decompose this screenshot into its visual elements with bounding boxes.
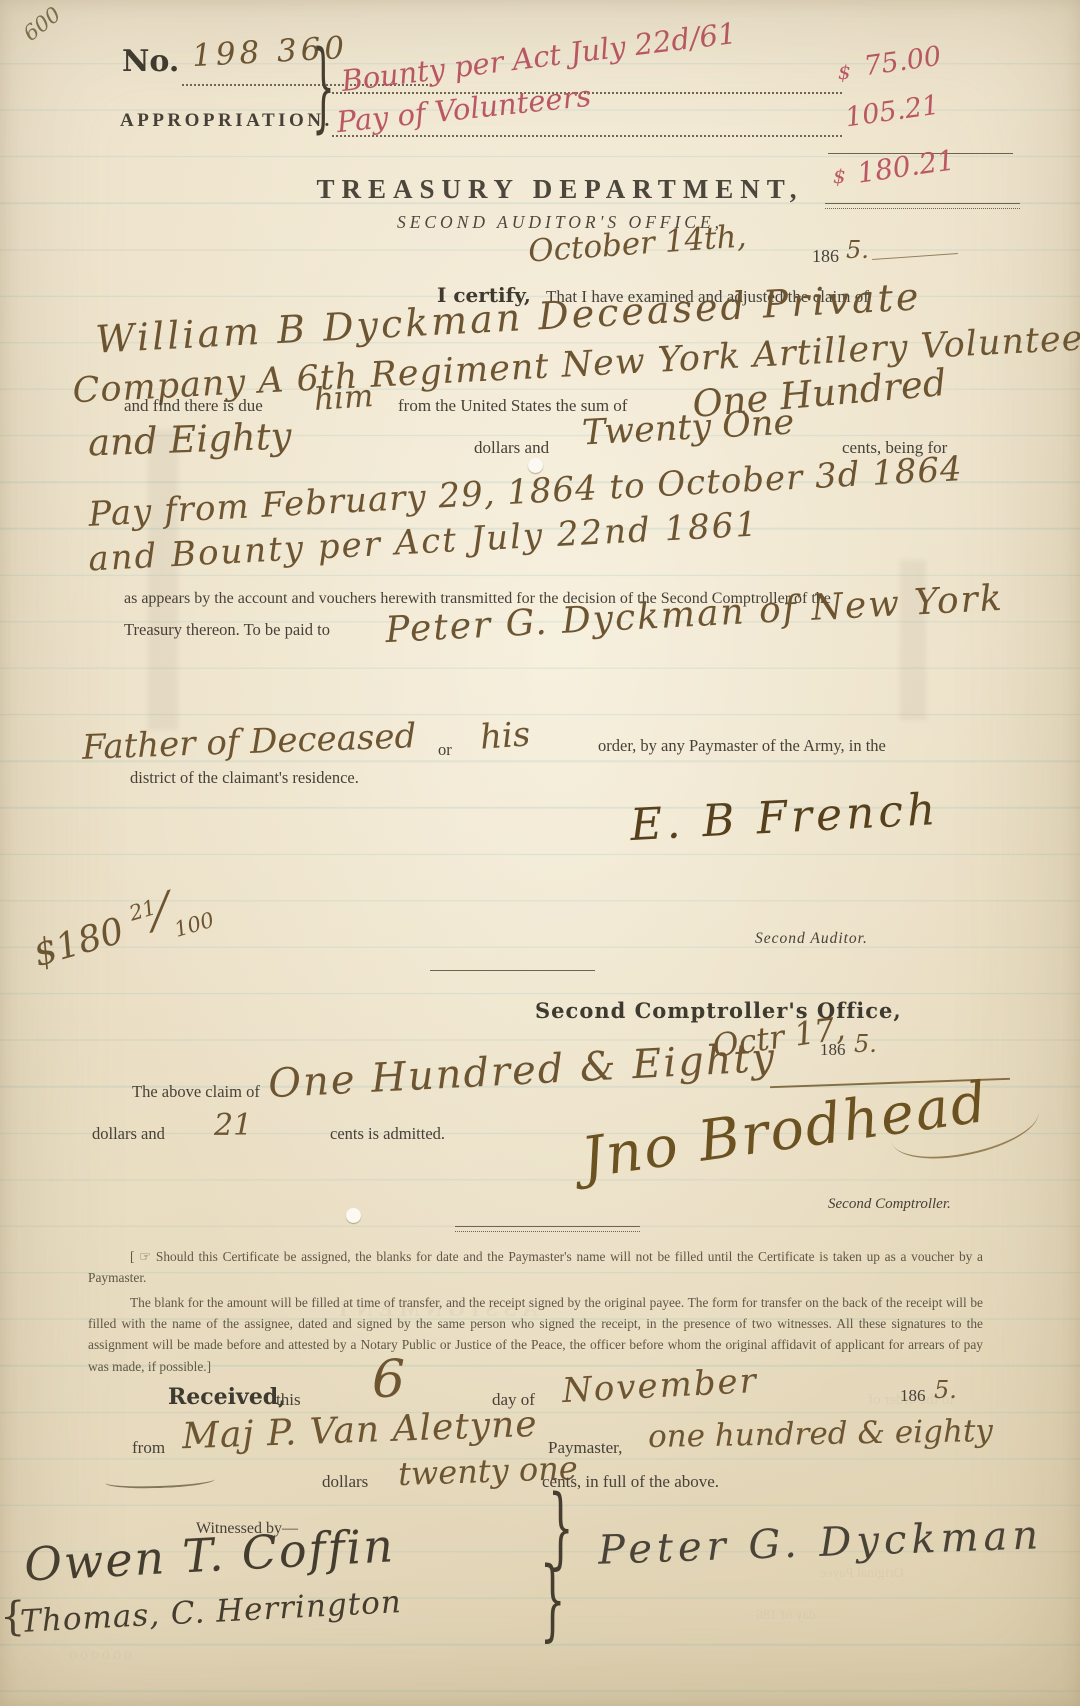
receipt-amount-words: one hundred & eighty [648, 1413, 993, 1455]
verso-show-through-band [148, 430, 178, 730]
paymaster-name-handwritten: Maj P. Van Aletyne [181, 1404, 538, 1457]
department-title: TREASURY DEPARTMENT, [120, 174, 1000, 205]
received-day-value: 6 [372, 1350, 405, 1410]
second-auditor-signature: E. B French [629, 784, 941, 851]
second-comptroller-title: Second Comptroller. [828, 1196, 951, 1213]
order-text: order, by any Paymaster of the Army, in … [598, 736, 886, 756]
fine-print-paragraph-1: [ ☞ Should this Certificate be assigned,… [88, 1246, 983, 1288]
fine-print-paragraph-2: The blank for the amount will be filled … [88, 1292, 983, 1377]
section-divider [430, 970, 595, 971]
comptroller-year-printed: 186 [820, 1040, 846, 1060]
admitted-text: cents is admitted. [330, 1124, 445, 1144]
auditor-year-suffix: 5. [846, 236, 869, 264]
district-text: district of the claimant's residence. [130, 768, 359, 788]
fine-print-divider [455, 1226, 640, 1232]
comptroller-cents-value: 21 [214, 1108, 252, 1143]
dollars-and-label: dollars and [474, 438, 549, 458]
or-label: or [438, 740, 452, 760]
margin-amount-dollars: $180 [29, 910, 128, 975]
comptroller-office-heading: Second Comptroller's Office, [535, 998, 902, 1023]
claim-prefix: The above claim of [132, 1082, 260, 1102]
number-label: No. [122, 44, 179, 79]
due-pronoun: him [313, 378, 375, 418]
comptroller-dollars-and: dollars and [92, 1124, 165, 1144]
received-this-label: this [276, 1390, 301, 1410]
treasury-line: Treasury thereon. To be paid to [124, 620, 330, 640]
his-handwritten: his [479, 714, 532, 757]
office-subtitle: SECOND AUDITOR'S OFFICE, [120, 212, 1000, 233]
dollar-sign-1: $ [838, 60, 851, 84]
corner-pencil-note: 600 [19, 2, 65, 46]
punch-hole [528, 458, 543, 473]
punch-hole [346, 1208, 361, 1223]
verso-order-of-text: to the order of [868, 1392, 953, 1409]
appropriation-amount-1: 75.00 [862, 41, 943, 82]
received-label: Received, [168, 1384, 286, 1410]
verso-stamp-row: oooooo [66, 1646, 132, 1664]
appropriation-dotted-line-2 [332, 135, 842, 137]
open-bracket: [ [130, 1249, 134, 1264]
witness-signature-1: Owen T. Coffin [23, 1518, 396, 1591]
auditor-year-printed: 186 [812, 246, 839, 267]
appropriation-brace: } [312, 33, 335, 144]
verso-original-payee-text: Original Payee [820, 1566, 904, 1582]
payee-receipt-signature: Peter G. Dyckman [597, 1512, 1044, 1574]
amount-words-2: and Eighty [87, 414, 292, 464]
from-label: from [132, 1438, 165, 1458]
pen-flourish [872, 253, 958, 260]
claim-amount-words: One Hundred & Eighty [267, 1035, 777, 1108]
second-auditor-title: Second Auditor. [755, 930, 868, 948]
margin-amount-denominator: 100 [172, 908, 217, 942]
treasury-certificate-document: 600 No. 198 360 APPROPRIATION. } Bounty … [0, 0, 1080, 1706]
due-prefix: and find there is due [124, 396, 263, 416]
verso-day-of-text: day of 186 [756, 1608, 816, 1624]
pointing-hand-icon: ☞ [139, 1249, 151, 1264]
appropriation-amount-2: 105.21 [843, 90, 941, 134]
comptroller-year-suffix: 5. [854, 1030, 877, 1058]
appropriation-label: APPROPRIATION. [120, 110, 333, 132]
pen-squiggle [105, 1472, 215, 1490]
witness-signature-2: Thomas, C. Herrington [19, 1584, 402, 1640]
fine-print-text-1: Should this Certificate be assigned, the… [88, 1249, 983, 1285]
witness-brace-2: } [540, 1550, 565, 1651]
margin-amount-note: $180 21 ⁄ 100 [26, 874, 216, 978]
dollars-label: dollars [322, 1472, 368, 1492]
relation-handwritten: Father of Deceased [81, 716, 417, 768]
